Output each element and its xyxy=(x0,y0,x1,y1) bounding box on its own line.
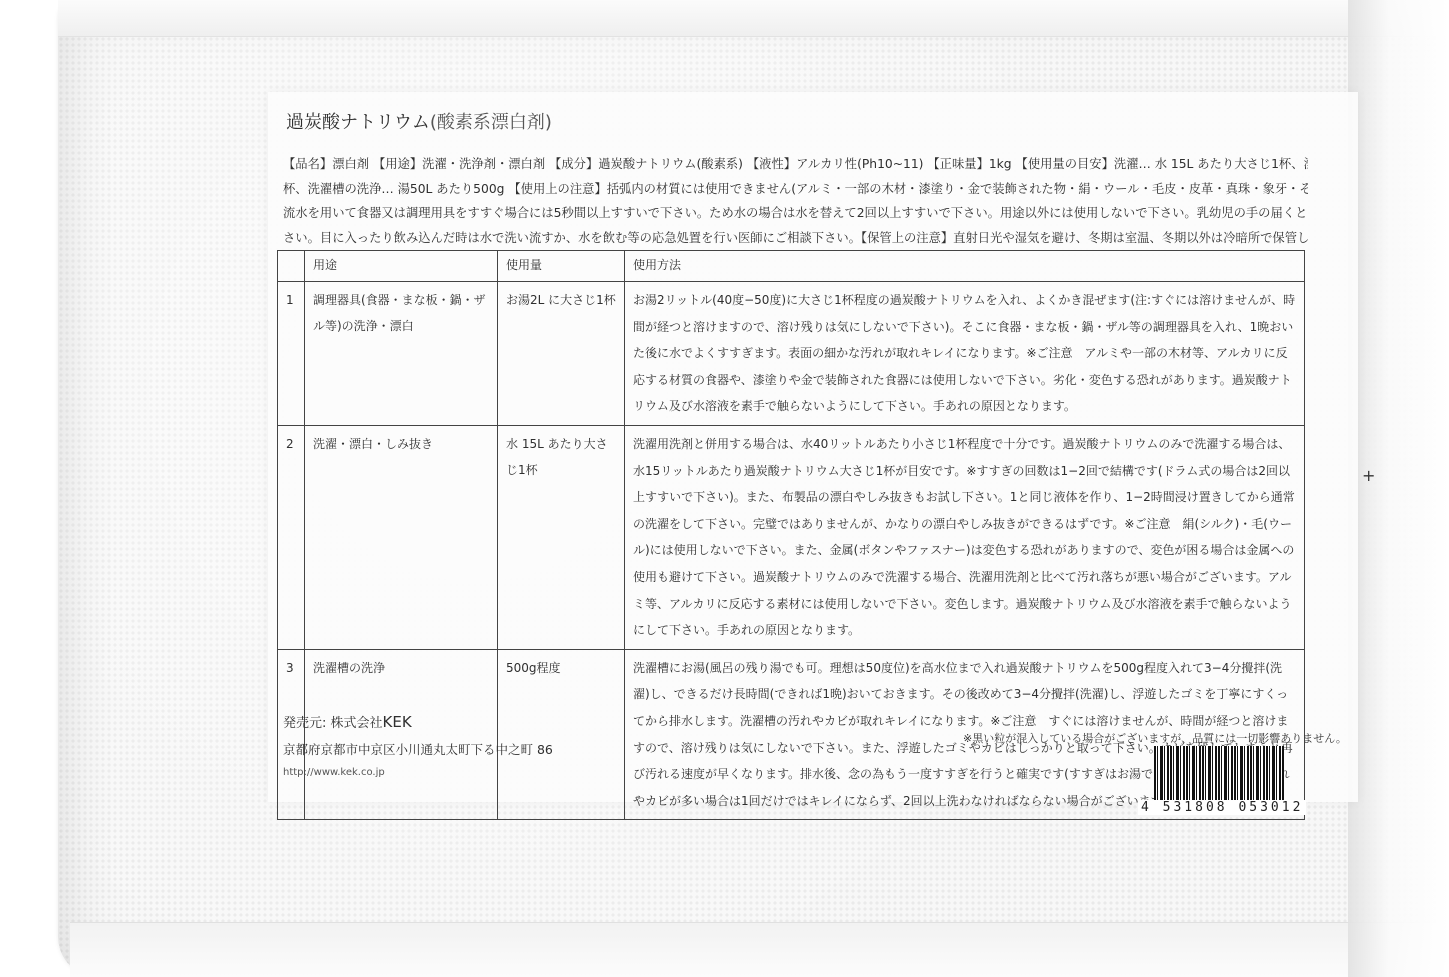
bag-top-seal xyxy=(58,0,1449,37)
description-line: 杯、洗濯槽の洗浄… 湯50L あたり500g 【使用上の注意】括弧内の材質には使… xyxy=(283,177,1308,202)
table-row: 2 洗濯・漂白・しみ抜き 水 15L あたり大さじ1杯 洗濯用洗剤と併用する場合… xyxy=(278,425,1305,649)
header-amount: 使用量 xyxy=(498,251,625,282)
company-address: 京都府京都市中京区小川通丸太町下る中之町 86 xyxy=(283,740,553,758)
registration-mark-icon: + xyxy=(1362,466,1375,485)
row-amount: お湯2L に大さじ1杯 xyxy=(498,282,625,426)
barcode-number: 4 531808 053012 xyxy=(1138,800,1306,815)
row-purpose: 洗濯・漂白・しみ抜き xyxy=(305,425,498,649)
row-method: 洗濯用洗剤と併用する場合は、水40リットルあたり小さじ1杯程度で十分です。過炭酸… xyxy=(625,425,1305,649)
product-description: 【品名】漂白剤 【用途】洗濯・洗浄剤・漂白剤 【成分】過炭酸ナトリウム(酸素系)… xyxy=(283,152,1308,250)
table-header-row: 用途 使用量 使用方法 xyxy=(278,251,1305,282)
product-category: (酸素系漂白剤) xyxy=(430,112,552,133)
row-number: 3 xyxy=(278,649,305,820)
row-purpose: 洗濯槽の洗浄 xyxy=(305,649,498,820)
quality-notice: ※黒い粒が混入している場合がございますが、品質には一切影響ありません。 xyxy=(963,730,1347,746)
row-purpose: 調理器具(食器・まな板・鍋・ザル等)の洗浄・漂白 xyxy=(305,282,498,426)
header-purpose: 用途 xyxy=(305,251,498,282)
bag-right-edge xyxy=(1348,0,1449,977)
row-amount: 500g程度 xyxy=(498,649,625,820)
row-number: 2 xyxy=(278,425,305,649)
distributor-label: 発売元: 株式会社 xyxy=(283,716,383,731)
company-url: http://www.kek.co.jp xyxy=(283,767,385,778)
description-line: 【品名】漂白剤 【用途】洗濯・洗浄剤・漂白剤 【成分】過炭酸ナトリウム(酸素系)… xyxy=(283,152,1308,177)
distributor: 発売元: 株式会社KEK xyxy=(283,712,412,731)
company-name: KEK xyxy=(383,713,412,731)
header-number xyxy=(278,251,305,282)
barcode-icon xyxy=(1154,746,1284,806)
description-line: 流水を用いて食器又は調理用具をすすぐ場合には5秒間以上すすいで下さい。ため水の場… xyxy=(283,201,1308,226)
table-row: 1 調理器具(食器・まな板・鍋・ザル等)の洗浄・漂白 お湯2L に大さじ1杯 お… xyxy=(278,282,1305,426)
description-line: さい。目に入ったり飲み込んだ時は水で洗い流すか、水を飲む等の応急処置を行い医師に… xyxy=(283,226,1308,251)
row-number: 1 xyxy=(278,282,305,426)
product-name: 過炭酸ナトリウム xyxy=(286,112,430,133)
header-method: 使用方法 xyxy=(625,251,1305,282)
bag-bottom-seal xyxy=(70,922,1440,977)
product-title: 過炭酸ナトリウム(酸素系漂白剤) xyxy=(286,108,552,134)
row-method: お湯2リットル(40度−50度)に大さじ1杯程度の過炭酸ナトリウムを入れ、よくか… xyxy=(625,282,1305,426)
row-amount: 水 15L あたり大さじ1杯 xyxy=(498,425,625,649)
